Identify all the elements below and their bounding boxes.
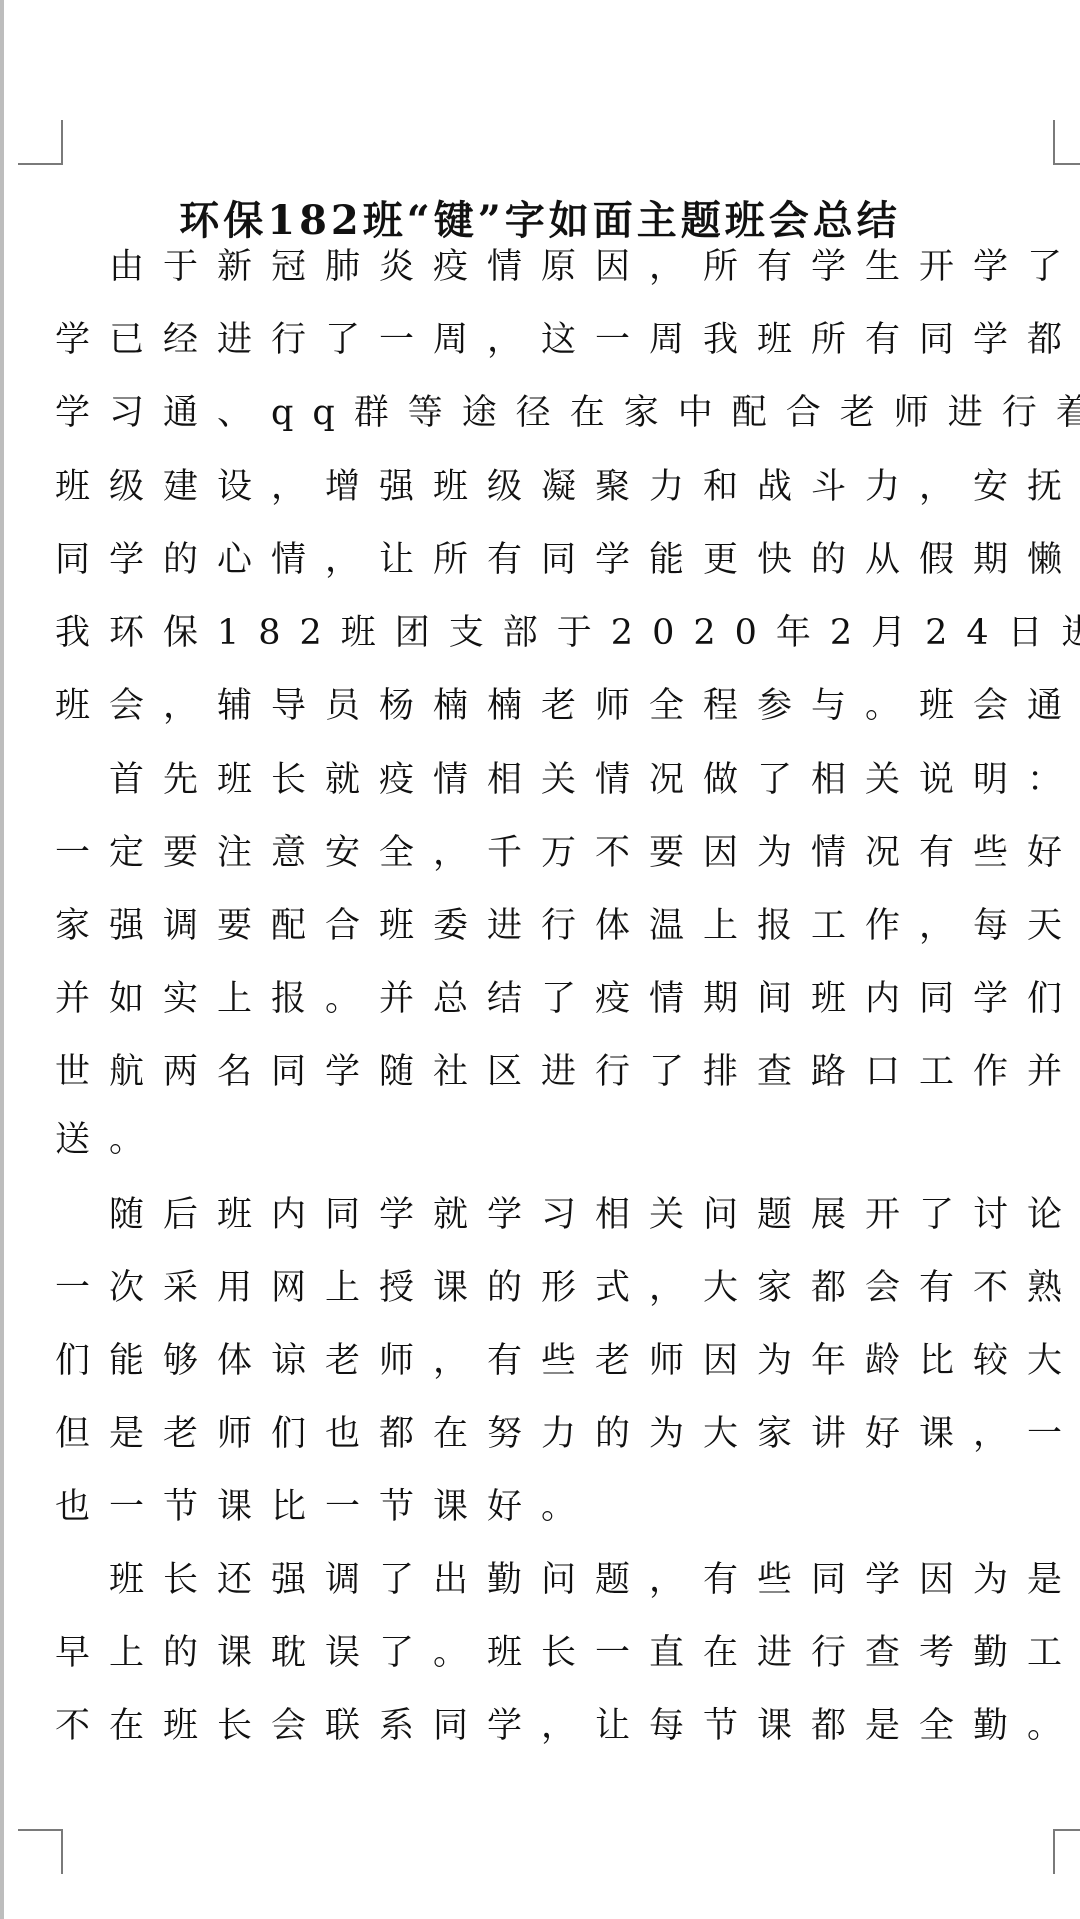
text-line: 首先班长就疫情相关情况做了相关说明：再次给大家强调疫情期间	[55, 755, 1080, 805]
text-line: 也一节课比一节课好。	[55, 1482, 595, 1532]
text-line: 班长还强调了出勤问题，有些同学因为是在家中，早上起不来床把	[55, 1555, 1080, 1605]
text-line: 学习通、qq群等途径在家中配合老师进行着学习工作。为进一步加强	[55, 388, 1080, 438]
text-line: 不在班长会联系同学，让每节课都是全勤。	[55, 1701, 1080, 1751]
text-line: 并如实上报。并总结了疫情期间班内同学们做出的贡献，高伟峰和赵	[55, 974, 1080, 1024]
text-line: 们能够体谅老师，有些老师因为年龄比较大不熟悉电脑软件的使用。	[55, 1336, 1080, 1386]
text-line: 由于新冠肺炎疫情原因，所有学生开学了但是不能返校。停课不停	[55, 242, 1080, 292]
text-line: 送。	[55, 1115, 163, 1165]
text-line: 早上的课耽误了。班长一直在进行查考勤工作，每天上课如果有同学	[55, 1628, 1080, 1678]
page-edge	[0, 0, 4, 1919]
corner-mark-bottom-right	[1053, 1829, 1080, 1874]
text-line: 随后班内同学就学习相关问题展开了讨论，因为学生和老师都是以	[55, 1190, 1080, 1240]
text-line: 一次采用网上授课的形式，大家都会有不熟悉的地方，希望班内同学	[55, 1263, 1080, 1313]
document-title: 环保182班“键”字如面主题班会总结	[0, 193, 1080, 249]
text-line: 班会，辅导员杨楠楠老师全程参与。班会通过腾讯会议的平台进行。	[55, 681, 1080, 731]
text-line: 世航两名同学随社区进行了排查路口工作并且被工大能环公众号所推	[55, 1047, 1080, 1097]
corner-mark-top-left	[18, 120, 63, 165]
text-line: 一定要注意安全，千万不要因为情况有些好转就掉以轻心。并且向大	[55, 828, 1080, 878]
text-line: 学已经进行了一周，这一周我班所有同学都在进行着线上学习，通过	[55, 315, 1080, 365]
text-line: 班级建设，增强班级凝聚力和战斗力，安抚疫情期间无法返校的班内	[55, 462, 1080, 512]
corner-mark-bottom-left	[18, 1829, 63, 1874]
text-line: 我环保182班团支部于2020年2月24日进行了“键”字如面，开学第一次	[55, 608, 1080, 658]
text-line: 同学的心情，让所有同学能更快的从假期懒散的状态进入到学习中。	[55, 535, 1080, 585]
text-line: 家强调要配合班委进行体温上报工作，每天晨起、午后认真测量体温	[55, 901, 1080, 951]
corner-mark-top-right	[1053, 120, 1080, 165]
text-line: 但是老师们也都在努力的为大家讲好课，一点点熟悉软件，课程质量	[55, 1409, 1080, 1459]
